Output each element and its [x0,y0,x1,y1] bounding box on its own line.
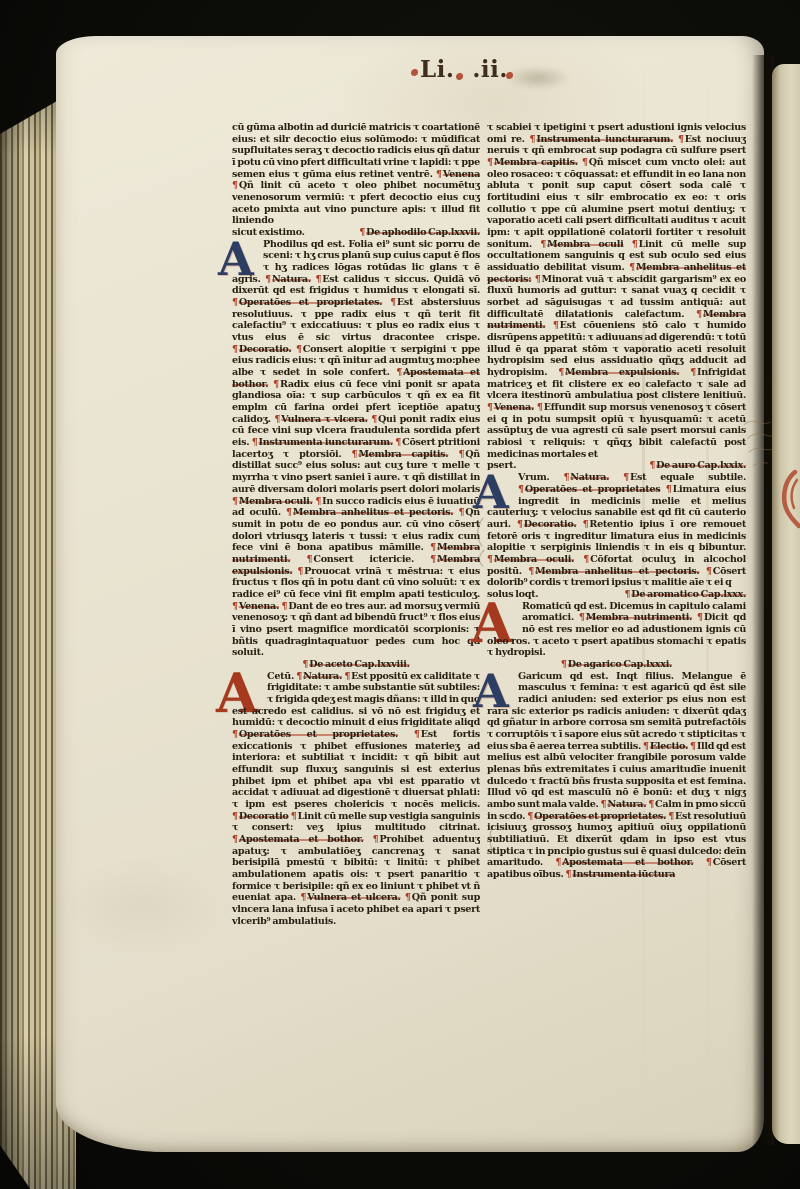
drop-cap-initial: A [471,601,517,636]
pilcrow-mark: ¶ [666,484,673,495]
pilcrow-mark: ¶ [296,344,303,355]
text-paragraph: ACetū. ¶Natura. ¶Est ppositū ex calidita… [232,671,480,928]
rubricated-label: Venena. [239,601,279,612]
chapter-heading: ¶De agarico Cap.lxxxi. [487,659,746,671]
rubricated-label: Membra oculi. [239,496,313,507]
rubricated-label: Vulnera τ vlcera. [281,414,368,425]
pilcrow-mark: ¶ [697,612,704,623]
drop-cap-initial: A [473,472,513,507]
text-run: sicut existimo. [232,227,305,238]
pilcrow-mark: ¶ [414,729,421,740]
rubricated-label: Membra anhelitus et pectoris. [293,507,453,518]
text-run: Qñ linit cū aceto τ oleo phibet nocumētu… [232,180,480,226]
rubricated-label: Membra anhelitus et pectoris. [535,566,699,577]
rubricated-label: Operatōes et proprietates. [239,729,398,740]
rubricated-label: Membra oculi [547,239,623,250]
rubricated-label: De aceto Cap.lxxviii. [309,659,409,670]
pilcrow-mark: ¶ [396,367,403,378]
pilcrow-mark: ¶ [517,519,524,530]
text-paragraph: APhodilus qd est. Folia ei⁹ sunt sic por… [232,239,480,659]
rubricated-label: De aphodilo Cap.lxxvii. [366,227,480,238]
pilcrow-mark: ¶ [390,297,397,308]
chapter-heading: ¶De aceto Cap.lxxviii. [232,659,480,671]
rubricated-label: Vulnera et ulcera. [307,892,400,903]
text-paragraph: τ scabiei τ ipetigini τ psert adustioni … [487,122,746,460]
pilcrow-mark: ¶ [232,297,239,308]
rubricated-label: Operatōes et proprietates. [534,811,666,822]
text-run [398,729,414,740]
pilcrow-mark: ¶ [537,402,544,413]
rubricated-label: Membra oculi. [494,554,574,565]
pilcrow-mark: ¶ [535,274,542,285]
chapter-heading: ¶De aphodilo Cap.lxxvii. [359,227,480,239]
rubricated-label: Apostemata et bothor. [239,834,364,845]
rubricated-label: Instrumenta iuncturarum. [259,437,393,448]
red-flourish [506,72,513,79]
line-with-heading: sicut existimo.¶De aphodilo Cap.lxxvii. [232,227,480,239]
rubricated-label: Instrumenta iuncturarum. [536,134,673,145]
pilcrow-mark: ¶ [232,834,239,845]
text-run: Est fortis exiccationis τ phibet effusio… [232,729,480,810]
pilcrow-mark: ¶ [706,566,713,577]
pilcrow-mark: ¶ [668,811,675,822]
pilcrow-mark: ¶ [430,554,437,565]
book-number-label: Li. [420,56,454,83]
facing-page-sliver [772,64,800,1144]
drop-cap-initial: A [218,239,258,274]
line-with-heading: psert.¶De auro Cap.lxxix. [487,460,746,472]
rubricated-label: Membra capitis. [358,449,448,460]
text-run [382,297,390,308]
rubricated-label: Operatōes et proprietates [525,484,661,495]
rubricated-label: Natura. [570,472,609,483]
rubricated-label: Natura. [607,799,646,810]
pilcrow-mark: ¶ [232,729,239,740]
rubricated-label: Instrumenta iūctura [572,869,675,880]
pilcrow-mark: ¶ [690,367,697,378]
rubricated-label: Electio. [650,741,688,752]
text-run [694,857,706,868]
paragraph-end: psert. [487,460,516,472]
text-run: Consert ictericie. [313,554,430,565]
pilcrow-mark: ¶ [436,169,443,180]
rubricated-label: Natura. [303,671,342,682]
text-run: Qñ miscet cum vncto olei: aut oleo rosac… [487,157,746,250]
pilcrow-mark: ¶ [706,857,713,868]
rubricated-label: Membra nutrimenti. [586,612,692,623]
pilcrow-mark: ¶ [623,472,630,483]
text-run [545,320,552,331]
rubricated-label: Membra capitis. [494,157,578,168]
paragraph-end: solus loqt. [487,589,538,601]
pilcrow-mark: ¶ [232,344,239,355]
pilcrow-mark: ¶ [232,180,239,191]
rubricated-label: Decoratio [239,811,289,822]
pilcrow-mark: ¶ [690,741,697,752]
text-run [609,472,623,483]
paragraph-end: sicut existimo. [232,227,305,239]
drop-cap-initial: A [216,671,262,706]
chapter-heading: ¶De aromatico Cap.lxxx. [624,589,746,601]
text-column-left: cū gūma albotin ad duriciē matricis τ co… [214,122,480,958]
text-run: Vrum. [518,472,563,483]
drop-cap-initial: A [473,671,513,706]
text-run: psert. [487,460,516,471]
gutter-shadow [752,55,774,1145]
text-paragraph: ARomaticū qd est. Dicemus in capitulo ca… [487,601,746,659]
rubricated-label: De agarico Cap.lxxxi. [568,659,672,670]
rubricated-label: Apostemata et bothor. [562,857,693,868]
text-run [364,834,373,845]
pilcrow-mark: ¶ [291,811,298,822]
pilcrow-mark: ¶ [252,437,259,448]
text-run [448,449,458,460]
text-column-right: τ scabiei τ ipetigini τ psert adustioni … [469,122,746,962]
pilcrow-mark: ¶ [430,542,437,553]
pilcrow-mark: ¶ [632,239,639,250]
rubricated-label: Natura. [272,274,311,285]
rubricated-label: Decoratio. [239,344,292,355]
rubricated-label: De auro Cap.lxxix. [656,460,746,471]
chapter-number-label: .ii. [472,56,508,83]
text-run [699,566,706,577]
text-run [660,484,665,495]
rubricated-label: Venena. [494,402,534,413]
pilcrow-mark: ¶ [643,741,650,752]
pilcrow-mark: ¶ [558,367,565,378]
rubricated-label: Decoratio. [524,519,577,530]
pilcrow-mark: ¶ [487,157,494,168]
text-run [576,519,582,530]
pilcrow-mark: ¶ [561,659,568,670]
text-paragraph: cū gūma albotin ad duriciē matricis τ co… [232,122,480,227]
text-run [623,239,631,250]
pilcrow-mark: ¶ [582,157,589,168]
pilcrow-mark: ¶ [273,379,280,390]
pilcrow-mark: ¶ [487,554,494,565]
chapter-heading: ¶De auro Cap.lxxix. [649,460,746,472]
line-with-heading: solus loqt.¶De aromatico Cap.lxxx. [487,589,746,601]
page-header: Li. .ii. [420,56,610,83]
pilcrow-mark: ¶ [579,612,586,623]
pilcrow-mark: ¶ [232,496,239,507]
pilcrow-mark: ¶ [629,262,636,273]
rubricated-label: Operatōes et proprietates. [239,297,382,308]
pilcrow-mark: ¶ [232,811,239,822]
pilcrow-mark: ¶ [232,601,239,612]
facing-page-red-initial [779,468,800,530]
text-run [679,367,690,378]
rubricated-label: De aromatico Cap.lxxx. [631,589,746,600]
red-flourish [456,73,463,80]
pilcrow-mark: ¶ [696,309,703,320]
text-run: solus loqt. [487,589,538,600]
text-paragraph: AGaricum qd est. Inqt filius. Melangue ē… [487,671,746,881]
pilcrow-mark: ¶ [678,134,685,145]
text-run: Est equale subtile. [630,472,746,483]
text-paragraph: AVrum. ¶Natura. ¶Est equale subtile. ¶Op… [487,472,746,589]
pilcrow-mark: ¶ [405,892,412,903]
pilcrow-mark: ¶ [371,414,378,425]
pilcrow-mark: ¶ [265,274,272,285]
text-run: Cetū. [267,671,296,682]
text-run [574,554,583,565]
pilcrow-mark: ¶ [553,320,560,331]
text-run: Garicum qd est. Inqt filius. Melangue ē … [487,671,746,752]
rubricated-label: Membra expulsionis. [565,367,679,378]
book-photo-scene: Li. .ii. cū gūma albotin ad duriciē matr… [0,0,800,1189]
text-run [290,554,306,565]
pilcrow-mark: ¶ [286,507,293,518]
pilcrow-mark: ¶ [518,484,525,495]
pilcrow-mark: ¶ [487,402,494,413]
